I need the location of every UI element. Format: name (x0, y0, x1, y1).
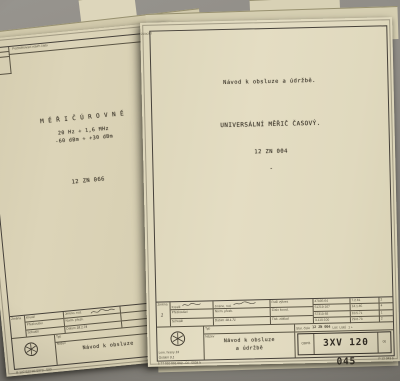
approved-label: Schválil (26, 327, 64, 335)
date-row: Datum 19.1.71 (214, 317, 270, 322)
logo-cell: Lom. hrany 13 Ostatní 0,1 (157, 327, 205, 361)
right-doc-line1: Návod k obsluze a údržbě. (151, 76, 387, 87)
right-doc-dash: - (153, 162, 389, 174)
coord-label: Číslo koord. (271, 307, 313, 316)
date-label: Datum (215, 318, 224, 322)
drawn-label: Kreslil (170, 301, 212, 310)
approved-label: Schválil (171, 318, 213, 323)
left-block-title: Návod k obsluze (56, 338, 160, 354)
title-label: Název (57, 341, 66, 346)
checked-label: Přezkoušel (171, 310, 213, 319)
revision-table: 47005-64 7.2.61 2 51219-167 14.1.65 4 57… (313, 297, 393, 323)
format-label: Formát (0, 47, 9, 54)
right-drawing-frame: Návod k obsluze a údržbě. UNIVERSÁLNÍ MĚ… (149, 25, 394, 361)
drawing-number-box: OBPB 3XV 120 045 00 (297, 331, 391, 355)
right-document-sheet: 210x297 Návod k obsluze a údržbě. UNIVER… (140, 17, 400, 367)
logo-cell (12, 335, 58, 369)
other-row: Ostatní 0,1 (159, 355, 175, 359)
revision-row: 51219-167 14.1.65 4 (314, 304, 393, 312)
date-value: 19.1.71 (225, 318, 236, 322)
block-title-line2: a údržbě (204, 344, 294, 352)
drawing-number: 3XV 120 045 (314, 333, 377, 354)
format-box: Formát 117 210 297 (0, 47, 12, 76)
date-row: Datum 18.1.74 (65, 321, 121, 330)
title-label: Název (205, 334, 214, 338)
number-suffix: 00 (377, 332, 390, 352)
right-doc-line2: UNIVERSÁLNÍ MĚŘIČ ČASOVÝ. (152, 118, 388, 130)
number-cell: Star. číslo 12 ZN 004 List Listů 1 + OBP… (295, 322, 394, 357)
revision-row: 3-110-100 29.6.73 2 (314, 316, 393, 323)
type-row: Typ (204, 324, 294, 334)
print-code-right: P 12 343 b (378, 356, 393, 360)
print-code-left: 5 77 010 001 002 - Di - 5034 b (158, 361, 201, 366)
margin-size-note: 210x297 (141, 32, 152, 36)
edges-row: Lom. hrany 13 (159, 350, 179, 354)
factory-logo-icon (169, 330, 186, 347)
signature-scribble (181, 302, 201, 308)
photo-of-documents: Formát 117 210 297 Pozměňovací návrh čís… (0, 0, 400, 381)
drawn-label: Kreslil (25, 312, 64, 323)
other-label: Ostatní (159, 355, 169, 359)
revision-row: 57310-68 10.5.71 1 (314, 310, 393, 318)
change-label: Změna (11, 316, 23, 321)
right-doc-number: 12 ZN 004 (153, 146, 389, 157)
old-label: Star. číslo (295, 326, 311, 330)
change-column: Změna (10, 316, 27, 338)
edges-value: 13 (175, 350, 179, 354)
format-value: 117 (0, 52, 9, 59)
edges-label: Lom. hrany (159, 350, 175, 354)
other-value: 0,1 (170, 355, 175, 359)
lists-value: 1 + (347, 325, 354, 329)
change-label: Změna (156, 302, 169, 306)
list-label: List (331, 325, 338, 329)
name-label: Jméno, rod. (213, 300, 269, 310)
revision-row: 47005-64 7.2.61 2 (313, 297, 392, 305)
checked-label: Přezkoušel (26, 319, 65, 330)
print-code-line: B 127 522 Rč 5973 - 500 (16, 367, 52, 374)
type-row: Typ (55, 325, 159, 342)
norm-label: Norm. přezk. (64, 314, 120, 327)
date-value: 18.1.74 (76, 325, 87, 330)
cancels-label: Ruší výkres (270, 299, 312, 308)
change-value: 1 (161, 312, 164, 318)
change-column: Změna 1 (156, 302, 171, 326)
name-label: Jméno, rod. (64, 307, 120, 320)
base-label: Tisk. základ (271, 316, 313, 321)
signature-scribble (89, 307, 115, 315)
right-title-block: Změna 1 Kreslil Přezkoušel Schválil (156, 296, 393, 360)
lists-label: Listů (338, 325, 347, 329)
signature-scribble (232, 300, 256, 307)
norm-label: Norm. přezk. (214, 308, 270, 318)
paper-size: 210 297 (0, 57, 9, 63)
old-value: 12 ZN 004 (311, 325, 331, 330)
org-code: OBPB (298, 334, 314, 354)
date-label: Datum (66, 326, 76, 331)
block-title-line1: Návod k obsluze (204, 336, 294, 344)
old-number-row: Star. číslo 12 ZN 004 List Listů 1 + (295, 322, 393, 332)
factory-logo-icon (22, 341, 39, 358)
